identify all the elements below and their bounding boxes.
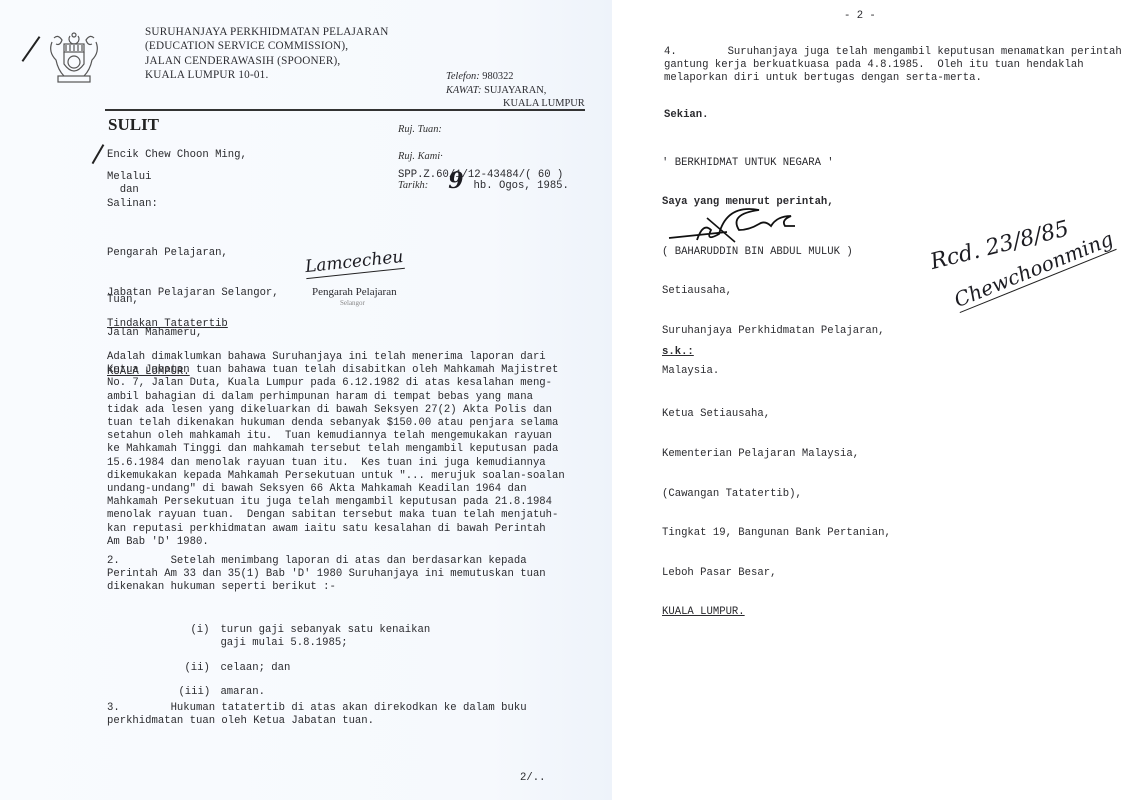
title-line: Setiausaha, bbox=[662, 285, 885, 298]
telefon-value: 980322 bbox=[482, 71, 513, 82]
letterhead-divider bbox=[105, 109, 585, 111]
tarikh-day: 9 bbox=[448, 168, 463, 194]
secretary-signature-icon bbox=[667, 198, 817, 246]
kawat-value: SUJAYARAN, bbox=[484, 85, 546, 96]
pen-mark bbox=[92, 144, 104, 164]
letter-page-2: - 2 - 4. Suruhanjaya juga telah mengambi… bbox=[612, 0, 1146, 800]
letterhead-line: SURUHANJAYA PERKHIDMATAN PELAJARAN bbox=[145, 25, 389, 39]
page-number: - 2 - bbox=[844, 10, 876, 23]
signatory-name: ( BAHARUDDIN BIN ABDUL MULUK ) bbox=[662, 246, 853, 259]
address-line: Leboh Pasar Besar, bbox=[662, 567, 891, 580]
penalty-text: turun gaji sebanyak satu kenaikan gaji m… bbox=[220, 624, 430, 650]
title-line: Suruhanjaya Perkhidmatan Pelajaran, bbox=[662, 325, 885, 338]
paragraph-3: 3. Hukuman tatatertib di atas akan direk… bbox=[107, 702, 527, 728]
telefon-label: Telefon: bbox=[446, 71, 480, 82]
kawat-label: KAWAT: bbox=[446, 85, 481, 96]
paragraph-2: 2. Setelah menimbang laporan di atas dan… bbox=[107, 555, 546, 595]
salutation: Tuan, bbox=[107, 294, 139, 307]
address-line: Ketua Setiausaha, bbox=[662, 408, 891, 421]
penalty-number: (i) bbox=[190, 624, 220, 637]
title-line: Malaysia. bbox=[662, 365, 885, 378]
address-line: (Cawangan Tatatertib), bbox=[662, 488, 891, 501]
address-city: KUALA LUMPUR. bbox=[662, 606, 891, 619]
paragraph-4: 4. Suruhanjaya juga telah mengambil kepu… bbox=[664, 46, 1122, 86]
letter-page-1: SURUHANJAYA PERKHIDMATAN PELAJARAN (EDUC… bbox=[0, 0, 612, 800]
closing: Sekian. bbox=[664, 109, 709, 122]
penalty-number: (iii) bbox=[178, 686, 220, 699]
tarikh-month-year: hb. Ogos, 1985. bbox=[474, 180, 569, 192]
penalty-text: amaran. bbox=[220, 686, 265, 698]
letterhead-address: SURUHANJAYA PERKHIDMATAN PELAJARAN (EDUC… bbox=[145, 25, 389, 82]
address-line: Pengarah Pelajaran, bbox=[107, 247, 279, 260]
stamp-subtitle: Selangor bbox=[340, 299, 365, 307]
letterhead-line: JALAN CENDERAWASIH (SPOONER), bbox=[145, 54, 389, 68]
cc-address: Ketua Setiausaha, Kementerian Pelajaran … bbox=[662, 382, 891, 646]
recipient-name: Encik Chew Choon Ming, bbox=[107, 149, 247, 162]
cc-label: s.k.: bbox=[662, 346, 694, 359]
ref-kami-label: Ruj. Kami· bbox=[398, 151, 443, 162]
via-label: Melalui dan Salinan: bbox=[107, 171, 158, 211]
address-line: Tingkat 19, Bangunan Bank Pertanian, bbox=[662, 527, 891, 540]
director-signature: Lamcecheu bbox=[304, 247, 404, 279]
address-line: Kementerian Pelajaran Malaysia, bbox=[662, 448, 891, 461]
coat-of-arms-icon bbox=[44, 28, 104, 88]
paragraph-1: Adalah dimaklumkan bahawa Suruhanjaya in… bbox=[107, 351, 565, 549]
pen-mark bbox=[22, 36, 41, 62]
letterhead-contact: Telefon: 980322 KAWAT: SUJAYARAN, KUALA … bbox=[446, 70, 585, 111]
ref-tuan-label: Ruj. Tuan: bbox=[398, 124, 442, 135]
letterhead-line: KUALA LUMPUR 10-01. bbox=[145, 68, 389, 82]
tarikh-label: Tarikh: bbox=[398, 180, 428, 191]
classification-label: SULIT bbox=[108, 115, 159, 135]
motto: ' BERKHIDMAT UNTUK NEGARA ' bbox=[662, 157, 834, 170]
subject-heading: Tindakan Tatatertib bbox=[107, 318, 228, 331]
tarikh: Tarikh: 9 hb. Ogos, 1985. bbox=[398, 168, 569, 194]
stamp-title: Pengarah Pelajaran bbox=[312, 286, 397, 298]
letterhead-line: (EDUCATION SERVICE COMMISSION), bbox=[145, 39, 389, 53]
page-continuation: 2/.. bbox=[520, 772, 545, 785]
